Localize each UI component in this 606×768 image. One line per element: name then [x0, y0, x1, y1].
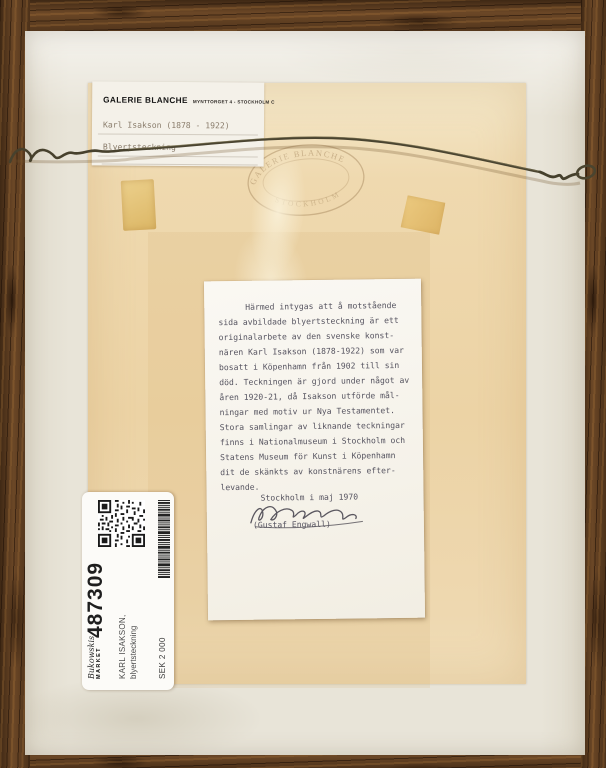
label-rule [98, 155, 258, 157]
certificate-text: Härmed intygas att å motstående sida avb… [218, 298, 412, 495]
auction-label: Bukowskis MARKET 487309 KARL ISAKSON, bl… [82, 492, 174, 690]
gallery-label-header: GALERIE BLANCHEMYNTTORGET 4 - STOCKHOLM … [103, 89, 275, 108]
auction-brand-logo: Bukowskis MARKET [88, 636, 103, 679]
lot-medium: blyertsteckning [129, 626, 138, 679]
gallery-label: GALERIE BLANCHEMYNTTORGET 4 - STOCKHOLM … [92, 81, 265, 166]
gallery-label-artist-line: Karl Isakson (1878 - 1922) [103, 119, 230, 130]
certificate-signed-name: (Gustaf Engwall) [253, 519, 331, 530]
lot-number: 487309 [84, 562, 108, 638]
brand-script-text: Bukowskis [88, 636, 96, 679]
tape-remnant-left [121, 179, 157, 231]
lot-artist: KARL ISAKSON, [118, 614, 127, 679]
gallery-label-medium-line: Blyertsteckning [103, 141, 176, 152]
handwritten-signature [245, 497, 383, 537]
barcode [158, 500, 170, 578]
framed-artwork-verso-photo: GALERIE BLANCHE STOCKHOLM GALERIE BLANCH… [0, 0, 606, 768]
auction-label-face: Bukowskis MARKET 487309 KARL ISAKSON, bl… [82, 492, 174, 690]
certificate-line: dit de skänkts av konstnärens efter- [220, 463, 412, 480]
lot-price: SEK 2 000 [158, 637, 167, 679]
label-rule [98, 133, 258, 135]
stamp-arc-bottom-text: STOCKHOLM [273, 188, 343, 211]
gallery-name: GALERIE BLANCHE [103, 95, 188, 105]
qr-code [98, 500, 145, 547]
certificate-sheet: Härmed intygas att å motstående sida avb… [204, 279, 425, 621]
brand-market-text: MARKET [97, 636, 103, 679]
label-rule [102, 163, 258, 165]
gallery-address: MYNTTORGET 4 - STOCKHOLM C [193, 99, 275, 105]
svg-text:STOCKHOLM: STOCKHOLM [273, 188, 343, 211]
